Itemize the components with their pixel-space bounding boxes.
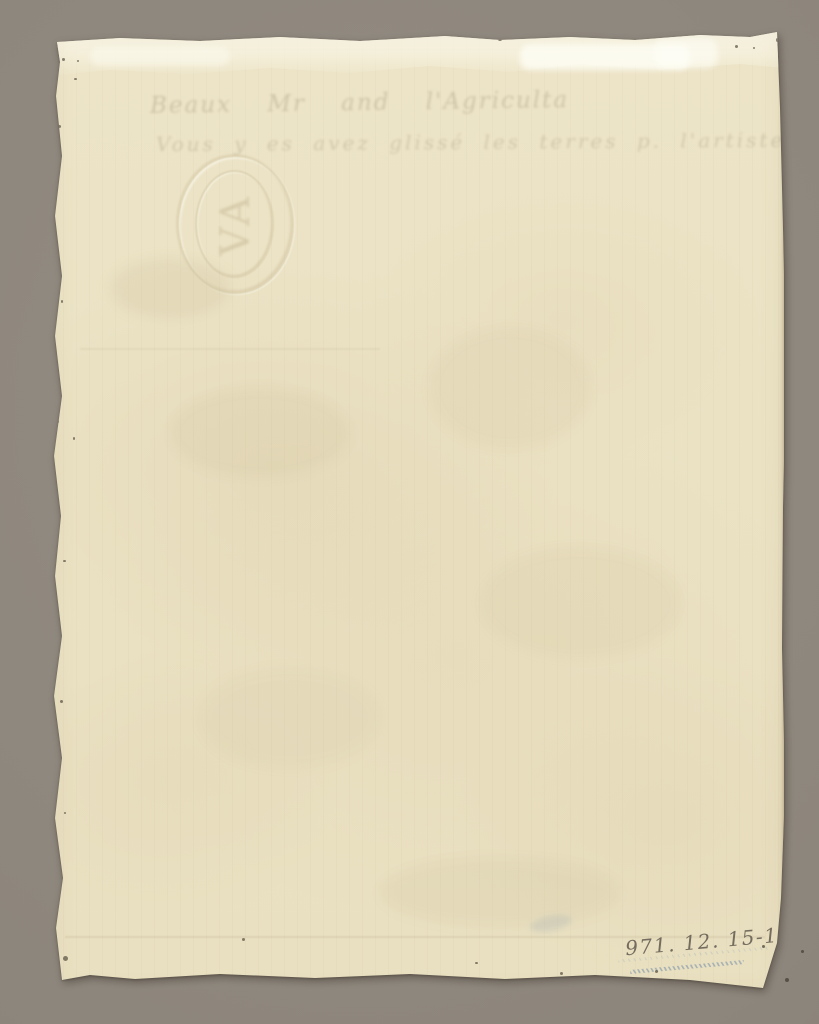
paper-speck (58, 125, 61, 128)
show-through-smudge (430, 328, 590, 448)
show-through-smudge (200, 668, 380, 768)
pencil-inscription-line2: Vous y es avez glissé les terres p. l'ar… (156, 128, 785, 156)
paper-speck (560, 972, 563, 975)
paper-speck (475, 962, 478, 964)
paper-speck (735, 45, 738, 48)
crease-line (80, 348, 380, 350)
backdrop-speck (801, 950, 804, 953)
paper-speck (63, 560, 66, 562)
blue-underline (630, 960, 744, 974)
paper-speck (63, 956, 68, 961)
paper-speck (655, 970, 658, 973)
paper-speck (73, 437, 75, 440)
paper-speck (776, 38, 779, 42)
paper-speck (74, 78, 77, 80)
show-through-smudge (110, 258, 230, 318)
paper-speck (498, 38, 502, 41)
paper-speck (58, 868, 61, 871)
paper-speck (57, 640, 59, 643)
paper-speck (242, 938, 245, 941)
paper-speck (61, 300, 63, 303)
show-through-smudge (380, 858, 620, 928)
paper-sheet-wrapper: Beaux Mr and l'Agriculta Vous y es avez … (50, 28, 784, 996)
paper-speck (62, 58, 65, 61)
paper-bright-patch (654, 38, 718, 68)
pencil-inscription-line1: Beaux Mr and l'Agriculta (150, 87, 569, 119)
show-through-smudge (170, 388, 350, 478)
paper-speck (64, 812, 66, 814)
paper-bright-patch (90, 46, 230, 66)
paper-speck (77, 60, 79, 62)
paper-speck (60, 700, 63, 703)
photo-background: { "image": { "type_description": "Photog… (0, 0, 819, 1024)
show-through-smudge (480, 548, 680, 658)
backdrop-speck (785, 978, 789, 982)
paper-speck (753, 47, 755, 49)
paper-speck (56, 420, 59, 423)
paper-sheet: Beaux Mr and l'Agriculta Vous y es avez … (50, 28, 784, 996)
paper-edge-shading (50, 28, 784, 996)
